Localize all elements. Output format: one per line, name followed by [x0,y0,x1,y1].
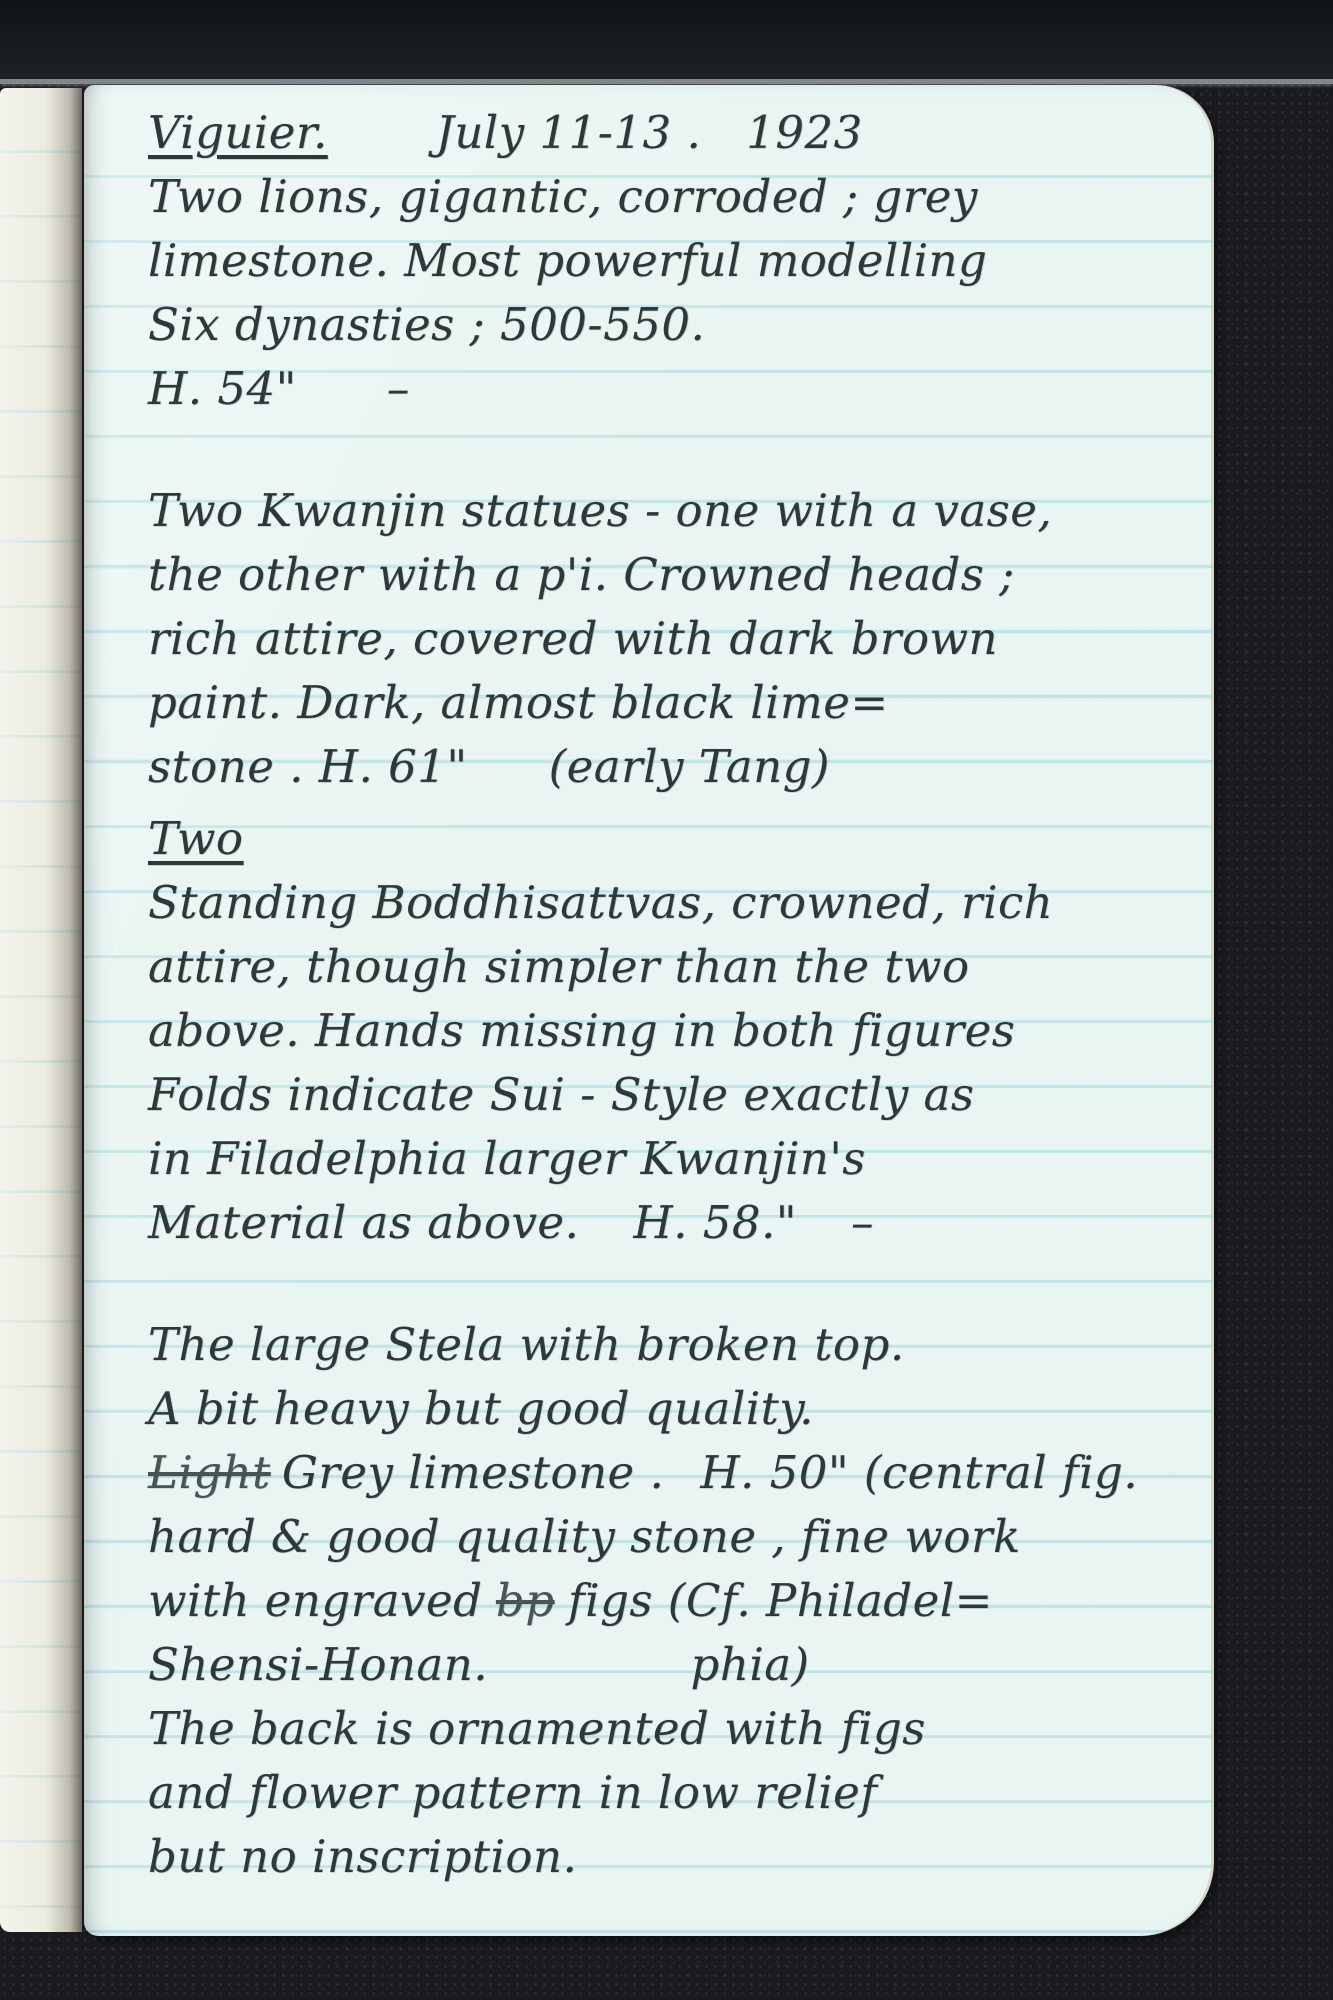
handwriting-segment: the other with a p'i. Crowned heads ; [148,543,1015,607]
handwriting-line: but no inscription. [148,1825,1190,1889]
handwriting-line: paint. Dark, almost black lime= [148,671,1190,735]
note-block: The back is ornamented with figsand flow… [148,1697,1190,1889]
handwriting-segment: Light [148,1441,271,1505]
handwriting-segment: rich attire, covered with dark brown [148,607,998,671]
handwriting-segment: stone . H. 61" [148,735,468,799]
handwriting-segment: – [851,1191,874,1255]
handwriting-segment: July 11-13 . [436,101,701,165]
handwriting-segment: Two lions, gigantic, corroded ; grey [148,165,978,229]
handwriting-line: rich attire, covered with dark brown [148,607,1190,671]
handwriting-segment: – [387,357,410,421]
handwriting-line: The back is ornamented with figs [148,1697,1190,1761]
handwriting-segment: figs (Cf. Philadel= [568,1569,993,1633]
handwriting-segment: Grey limestone . [282,1441,664,1505]
handwriting-segment: with engraved [148,1569,482,1633]
handwriting-line: Material as above.H. 58."– [148,1191,1190,1255]
handwriting-line: A bit heavy but good quality. [148,1377,1190,1441]
handwriting-segment: Shensi-Honan. [148,1633,488,1697]
handwriting-line: above. Hands missing in both figures [148,999,1190,1063]
handwriting-line: the other with a p'i. Crowned heads ; [148,543,1190,607]
handwriting-segment: H. 50" (central fig. [700,1441,1138,1505]
handwriting-segment: Viguier. [148,101,328,165]
handwriting-line: Two Kwanjin statues - one with a vase, [148,479,1190,543]
handwriting-segment: Folds indicate Sui - Style exactly as [148,1063,974,1127]
note-block: Two Kwanjin statues - one with a vase,th… [148,479,1190,799]
handwriting-segment: and flower pattern in low relief [148,1761,877,1825]
handwriting-line: Two lions, gigantic, corroded ; grey [148,165,1190,229]
handwriting-segment: The large Stela with broken top. [148,1313,905,1377]
handwriting-segment: Two [148,807,244,871]
handwriting-segment: A bit heavy but good quality. [148,1377,814,1441]
handwriting-segment: Two Kwanjin statues - one with a vase, [148,479,1052,543]
handwriting-segment: The back is ornamented with figs [148,1697,926,1761]
handwriting-segment: Material as above. [148,1191,579,1255]
handwriting-line: LightGrey limestone .H. 50" (central fig… [148,1441,1190,1505]
handwriting-segment: H. 54" [148,357,297,421]
handwriting-segment: Standing Boddhisattvas, crowned, rich [148,871,1053,935]
handwriting-line: with engravedbpfigs (Cf. Philadel= [148,1569,1190,1633]
handwriting-line: hard & good quality stone , fine work [148,1505,1190,1569]
handwriting-segment: (early Tang) [549,735,830,799]
handwriting-line: Viguier.July 11-13 .1923 [148,101,1190,165]
handwriting-line: in Filadelphia larger Kwanjin's [148,1127,1190,1191]
note-block: The large Stela with broken top.A bit he… [148,1313,1190,1697]
handwriting-segment: Six dynasties ; 500-550. [148,293,705,357]
handwriting-line: The large Stela with broken top. [148,1313,1190,1377]
notebook-page: Viguier.July 11-13 .1923Two lions, gigan… [84,85,1214,1936]
handwriting-segment: above. Hands missing in both figures [148,999,1015,1063]
handwriting-segment: but no inscription. [148,1825,577,1889]
handwriting-line: Two [148,807,1190,871]
handwriting-segment: bp [496,1569,555,1633]
handwriting-segment: H. 58." [633,1191,797,1255]
handwriting-segment: attire, though simpler than the two [148,935,970,999]
handwriting-line: Shensi-Honan.phia) [148,1633,1190,1697]
handwriting-text: Viguier.July 11-13 .1923Two lions, gigan… [148,101,1190,1889]
handwriting-line: and flower pattern in low relief [148,1761,1190,1825]
handwriting-line: H. 54"– [148,357,1190,421]
handwriting-line: stone . H. 61"(early Tang) [148,735,1190,799]
handwriting-line: Standing Boddhisattvas, crowned, rich [148,871,1190,935]
handwriting-segment: hard & good quality stone , fine work [148,1505,1021,1569]
handwriting-line: limestone. Most powerful modelling [148,229,1190,293]
handwriting-line: Six dynasties ; 500-550. [148,293,1190,357]
handwriting-segment: in Filadelphia larger Kwanjin's [148,1127,866,1191]
note-block: TwoStanding Boddhisattvas, crowned, rich… [148,807,1190,1255]
handwriting-segment: 1923 [746,101,863,165]
handwriting-line: Folds indicate Sui - Style exactly as [148,1063,1190,1127]
handwriting-segment: limestone. Most powerful modelling [148,229,987,293]
handwriting-segment: paint. Dark, almost black lime= [148,671,889,735]
page-binding-edge [0,88,82,1932]
handwriting-line: attire, though simpler than the two [148,935,1190,999]
scanner-top-band [0,0,1333,84]
note-block: Viguier.July 11-13 .1923Two lions, gigan… [148,101,1190,421]
handwriting-segment: phia) [691,1633,810,1697]
